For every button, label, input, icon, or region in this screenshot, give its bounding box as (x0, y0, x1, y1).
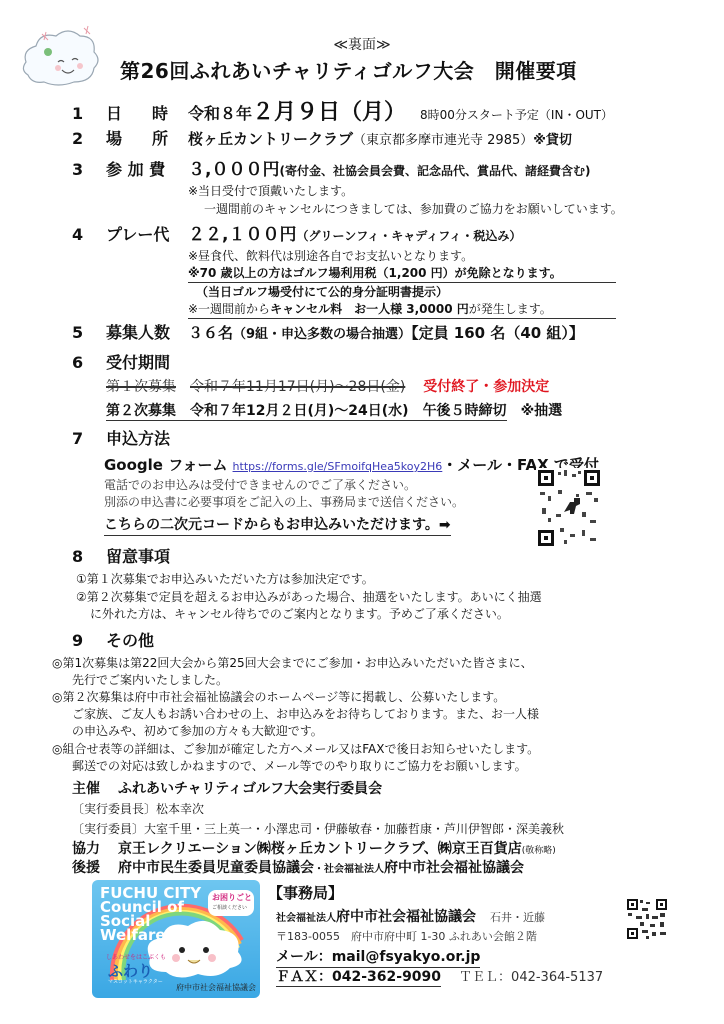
office-contact: ＦＡＸ：042-362-9090ＴＥＬ：042-364-5137 (276, 966, 603, 986)
logo-title: FUCHU CITY Council of Social Welfare (100, 886, 201, 942)
round-2-underlined: 第２次募集令和７年12月２日(月)～24日(水)午後５時締切 (106, 403, 507, 421)
play-fee-note-4: ※一週間前からキャンセル料 お一人様 3,0000 円が発生します。 (188, 300, 616, 319)
organizer-cooperation: 協力京王レクリエーション㈱桜ヶ丘カントリークラブ、㈱京王百貨店(敬称略) (72, 838, 556, 858)
period-round-1: 第１次募集令和７年11月17日(月)～28日(金)受付終了・参加決定 (106, 376, 549, 396)
office-heading: 【事務局】 (268, 882, 343, 903)
office-fax: ＦＡＸ：042-362-9090 (276, 969, 441, 987)
organizer-host: 主催ふれあいチャリティゴルフ大会実行委員会 (72, 778, 382, 798)
play-fee-note-2: ※70 歳以上の方はゴルフ場利用税（1,200 円）が免除となります。 (188, 264, 616, 283)
application-methods: Google フォーム https://forms.gle/SFmoifqHea… (104, 454, 599, 475)
note-item-2-cont: に外れた方は、キャンセル待ちでのご案内となります。予めご了承ください。 (90, 605, 509, 622)
office-org: 社会福祉法人府中市社会福祉協議会石井・近藤 (276, 906, 545, 926)
other-para-3: ◎組合せ表等の詳細は、ご参加が確定した方へメール又はFAXで後日お知らせいたしま… (52, 740, 539, 757)
committee-chair: 〔実行委員長〕松本幸次 (72, 800, 204, 817)
other-para-2-cont2: の申込みや、初めて参加の方々も大歓迎です。 (72, 722, 323, 739)
logo-bubble: お困りごと (212, 892, 252, 903)
play-fee-note-1: ※昼食代、飲料代は別途各自でお支払いとなります。 (188, 247, 473, 264)
logo-org: 府中市社会福祉協議会 (176, 982, 256, 993)
qr-prompt: こちらの二次元コードからもお申込みいただけます。➡ (104, 514, 451, 536)
organizer-support: 後援府中市民生委員児童委員協議会・社会福祉法人府中市社会福祉協議会 (72, 857, 524, 877)
office-qr-code[interactable] (626, 898, 668, 940)
office-tel: ＴＥＬ：042-364-5137 (459, 970, 603, 985)
other-para-1-cont: 先行でご案内いたしました。 (72, 671, 228, 688)
page-subtitle: ≪裏面≫ (0, 34, 724, 54)
other-para-1: ◎第1次募集は第22回大会から第25回大会までにご参加・お申込みいただいた皆さま… (52, 654, 533, 671)
logo-mascot-sub: マスコットキャラクター (108, 978, 163, 985)
mascot-cloud-illustration (18, 20, 102, 90)
section-other: 9その他 (72, 628, 154, 651)
section-application: 7申込方法 (72, 426, 170, 449)
committee-members: 〔実行委員〕大室千里・三上英一・小澤忠司・伊藤敏春・加藤哲康・芦川伊智郎・深美義… (72, 820, 564, 837)
application-qr-code[interactable] (536, 468, 602, 548)
application-note-2: 別添の申込書に必要事項をご記入の上、事務局まで送信ください。 (104, 493, 464, 510)
office-address: 〒183-0055 府中市府中町 1-30 ふれあい会館２階 (276, 928, 537, 944)
logo-bubble-sub: ご相談ください (212, 904, 247, 911)
other-para-2-cont: ご家族、ご友人もお誘い合わせの上、お申込みをお待ちしております。また、お一人様 (72, 705, 539, 722)
section-period: 6受付期間 (72, 350, 170, 373)
fee-note-2: 一週間前のキャンセルにつきましては、参加費のご協力をお願いしています。 (204, 200, 623, 217)
section-venue: 2場所桜ヶ丘カントリークラブ（東京都多摩市連光寺 2985）※貸切 (72, 126, 572, 149)
period-round-2: 第２次募集令和７年12月２日(月)～24日(水)午後５時締切※抽選 (106, 400, 562, 420)
other-para-3-cont: 郵送での対応は致しかねますので、メール等でのやり取りにご協力をお願いします。 (72, 757, 527, 774)
section-capacity: 5募集人数３６名（9組・申込多数の場合抽選）【定員 160 名（40 組）】 (72, 320, 584, 343)
fee-note-1: ※当日受付で頂戴いたします。 (188, 182, 353, 199)
fuchu-welfare-logo: FUCHU CITY Council of Social Welfare お困り… (92, 880, 260, 998)
section-date: 1日時令和８年２月９日（月）8時00分スタート予定（IN・OUT） (72, 95, 613, 126)
note-item-1: ①第１次募集でお申込みいただいた方は参加決定です。 (76, 570, 374, 587)
office-email[interactable]: メール：mail@fsyakyo.or.jp (276, 946, 480, 968)
page-title: 第26回ふれあいチャリティゴルフ大会 開催要項 (120, 55, 577, 84)
section-fee: 3参 加 費３,０００円(寄付金、社協会員会費、記念品代、賞品代、諸経費含む) (72, 155, 590, 180)
other-para-2: ◎第２次募集は府中市社会福祉協議会のホームページ等に掲載し、公募いたします。 (52, 688, 505, 705)
section-play-fee: 4プレー代２２,１００円（グリーンフィ・キャディフィ・税込み） (72, 220, 521, 245)
play-fee-note-3: （当日ゴルフ場受付にて公的身分証明書提示） (196, 283, 448, 300)
application-note-1: 電話でのお申込みは受付できませんのでご了承ください。 (104, 476, 416, 493)
google-form-link[interactable]: https://forms.gle/SFmoifqHea5koy2H6 (233, 460, 443, 473)
section-notes: 8留意事項 (72, 544, 170, 567)
note-item-2: ②第２次募集で定員を超えるお申込みがあった場合、抽選をいたします。あいにく抽選 (76, 588, 542, 605)
